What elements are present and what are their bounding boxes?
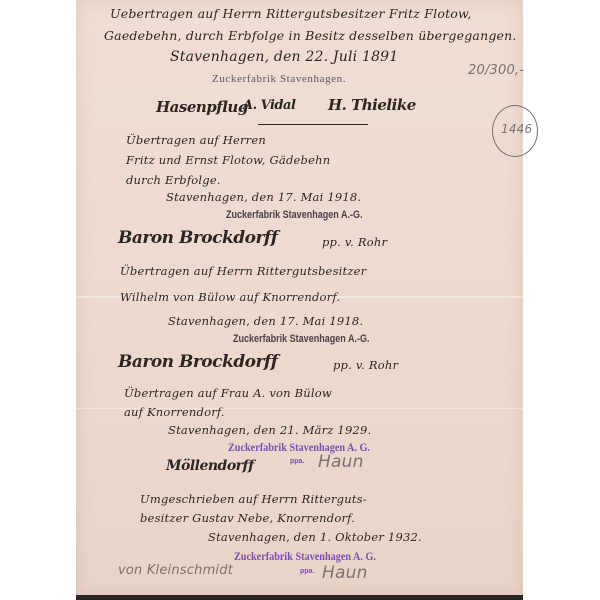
company-stamp: Zuckerfabrik Stavenhagen A. G. [234,549,376,564]
signature: Hasenpflug [156,98,248,116]
place-date: Stavenhagen, den 1. Oktober 1932. [208,530,422,544]
pencil-circled-number: 1446 [501,122,532,136]
handwritten-line: Uebertragen auf Herrn Rittergutsbesitzer… [110,6,472,21]
handwritten-line: Wilhelm von Bülow auf Knorrendorf. [120,290,340,304]
signature: pp. v. Rohr [322,235,387,249]
handwritten-line: Gaedebehn, durch Erbfolge in Besitz dess… [104,28,517,43]
handwritten-line: Übertragen auf Herrn Rittergutsbesitzer [120,264,366,278]
place-date: Stavenhagen, den 17. Mai 1918. [166,190,361,204]
scan-edge [76,595,523,600]
handwritten-line: besitzer Gustav Nebe, Knorrendorf. [140,511,355,525]
signature: pp. v. Rohr [333,358,398,372]
signature: von Kleinschmidt [118,563,233,578]
pencil-price-note: 20/300,- [468,63,524,78]
handwritten-line: durch Erbfolge. [126,173,221,187]
company-stamp: Zuckerfabrik Stavenhagen. [212,73,346,85]
handwritten-line: auf Knorrendorf. [124,405,225,419]
company-stamp: Zuckerfabrik Stavenhagen A.-G. [226,209,363,221]
signature: Baron Brockdorff [118,352,278,372]
stamp-ppa: ppa. [290,458,304,465]
signature: Haun [318,452,364,472]
handwritten-line: Fritz und Ernst Flotow, Gädebehn [126,153,330,167]
company-stamp: Zuckerfabrik Stavenhagen A.-G. [233,333,370,345]
signature-underline [258,124,368,125]
signature: H. Thielike [328,96,416,114]
signature: A. Vidal [243,98,295,113]
place-date: Stavenhagen, den 21. März 1929. [168,423,371,437]
signature: Baron Brockdorff [118,228,278,248]
place-date: Stavenhagen, den 17. Mai 1918. [168,314,363,328]
handwritten-line: Umgeschrieben auf Herrn Ritterguts- [140,492,367,506]
signature: Möllendorff [166,458,254,474]
signature: Haun [322,563,368,583]
handwritten-line: Übertragen auf Frau A. von Bülow [124,386,332,400]
stamp-ppa: ppa. [300,568,314,575]
handwritten-line: Übertragen auf Herren [126,133,266,147]
place-date: Stavenhagen, den 22. Juli 1891 [170,49,398,65]
